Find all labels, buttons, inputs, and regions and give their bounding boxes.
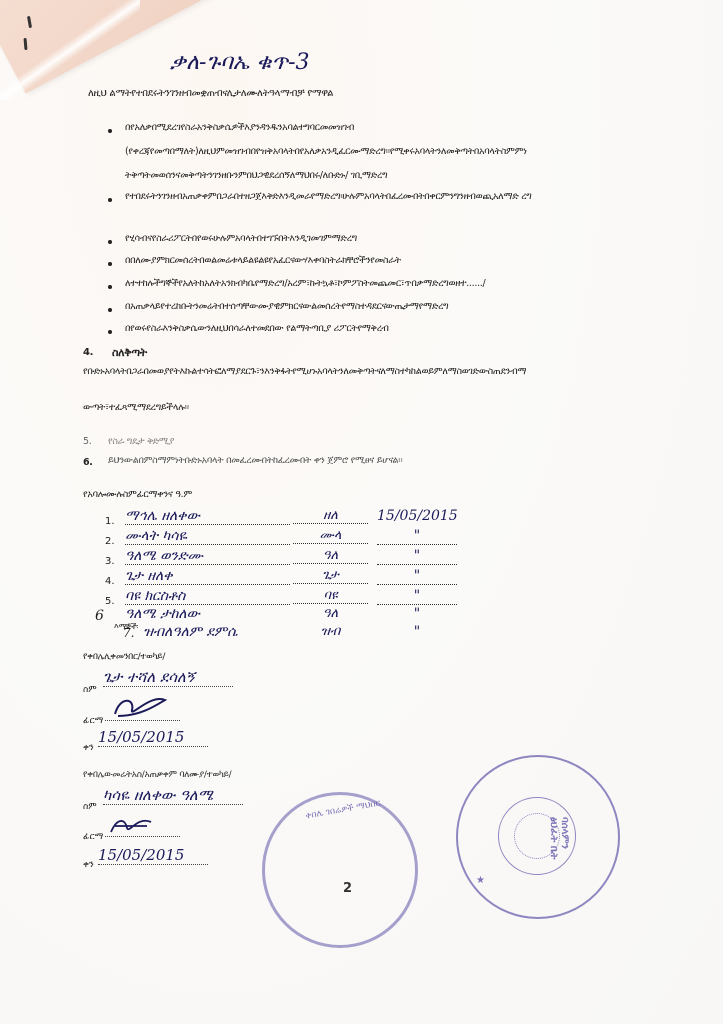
signatory-row: 3. ዓለሜ ወንድሙ ዓለ " [105, 548, 505, 570]
signatory-name: ዓለሜ ወንድሙ [125, 548, 290, 565]
signatory-name: ሙላት ካሳዬ [125, 528, 290, 545]
bullet-text-continued: (የቀረጃየመጣበማለት)ለዚህምመዝገብበየዝቅአባላትበየአለቃአንዲፈርሙ… [125, 146, 527, 157]
signatory-signature: ሙላ [293, 528, 368, 544]
signatory-number: 3. [105, 556, 115, 567]
kebele-chair-label: የቀበሌሊቀመንበር/ተወካይ/ [83, 652, 165, 662]
office-expert-label: የቀበሌውመሬትአስ/አጠቃቀም ባለሙያ/ተወካይ/ [83, 770, 231, 780]
signatory-number: 4. [105, 576, 115, 587]
round-stamp-office: ባሰላምን ፅህፈት ቤት ★ [456, 755, 620, 919]
signatory-signature: ዓለ [293, 548, 368, 564]
section-6-number: 6. [83, 457, 93, 468]
signatory-date: 15/05/2015 [377, 508, 457, 524]
signatory-date: " [377, 568, 457, 585]
signatory-date: " [377, 528, 457, 545]
section-4-body-continued: ውጣት፣ተፈጻሚማደረግይችላሉ። [83, 402, 189, 413]
signatory-name: ማኅሌ ዘለቀው [125, 508, 290, 525]
signatory-signature: ዝብ [293, 624, 368, 639]
office-name-label: ስም [83, 802, 97, 812]
section-6-text: ይህንውልበምስማምነትቡድኑአባላት በመፈረሙበትከፈረሙበት ቀን ጀምሮ… [108, 455, 402, 466]
bullet-text: በየአለቃበሚደረገየስራአንቅስቃሴዎችእያንዳንዱንአባልተግባርመመዝገብ [125, 122, 354, 133]
kebele-date-label: ቀን [83, 743, 94, 753]
signatory-name: ባዩ ክርስቶስ [125, 588, 290, 605]
bullet-dot [108, 308, 112, 312]
office-date-value: 15/05/2015 [98, 846, 208, 865]
bullet-text: ለተተከሉችግኞችየአለትከአለትአንክብካቤየማድረግ/አረም፣ኩትኳቶ፣ኮም… [125, 278, 485, 289]
office-signature-value [105, 818, 180, 837]
signature-scribble-icon [110, 694, 170, 720]
section-4-body: የቡድኑአባላትበጋራበመወያየትእኩልተሳትፎለማያደርጉ፣ንእንቅፋትየሚሆ… [83, 366, 526, 377]
kebele-date-value: 15/05/2015 [98, 728, 208, 747]
signatory-signature: ዓለ [293, 606, 368, 621]
bullet-dot [108, 240, 112, 244]
signatory-row: 2. ሙላት ካሳዬ ሙላ " [105, 528, 505, 550]
bullet-dot [108, 285, 112, 289]
signature-scribble-icon [107, 814, 157, 836]
bullet-dot [108, 129, 112, 133]
bullet-text: በየወሩየስራእንቅስቃሴውንለዚህበሳራለተመደበው የልማትጣቢያ ሪፖርት… [125, 323, 389, 334]
signatories-label: የአባሎሙሉስምፊርማቀንና ዓ.ም [83, 489, 192, 500]
intro-line: ለዚህ ልማትየተበደሩትንገንዘብመቋጠብናሊታለሙለትዓላማብቻ የማዋል [88, 88, 333, 99]
signatory-number: 1. [105, 516, 115, 527]
signatory-date: " [377, 624, 457, 640]
signatory-date: " [377, 606, 457, 622]
stamp-text: ቀበሌ ገበሬዎች ማህበር [305, 798, 382, 821]
bullet-dot [108, 198, 112, 202]
section-4-title: ስለቅጣት [112, 346, 147, 360]
paper-edge-highlight [0, 0, 140, 100]
signatory-number: 2. [105, 536, 115, 547]
bullet-text: በአጠቃላይየተረከቡትንመሬትበተሰጣቸውሙያዊምክርናውልመሰረትየማስተዳ… [125, 301, 448, 312]
stamp-star-icon: ★ [476, 875, 485, 886]
round-stamp-kebele: ቀበሌ ገበሬዎች ማህበር 2 [262, 792, 418, 948]
signatory-number: 7. [123, 626, 134, 640]
handwritten-heading: ቃለ-ጉባኤ ቁጥ-3 [170, 50, 310, 75]
signatory-name: ጌታ ዘለቀ [125, 568, 290, 585]
signatory-name: ዓለሜ ታከለው [125, 606, 290, 622]
signatory-date: " [377, 548, 457, 565]
stamp-number: 2 [343, 881, 352, 896]
bullet-text: በበለሙያምክርመሰረትበወልመሬቱላይልዩልዩየአፈርናውሃእቀባስትራክቸሮ… [125, 255, 401, 266]
bullet-text: የሂሳብናየስራሪፖርትበየወሩሁሉምአባላትበተገኙበትእንዲገመገምማድረግ [125, 233, 357, 244]
kebele-name-label: ስም [83, 685, 97, 695]
signatory-signature: ባዩ [293, 588, 368, 604]
signatory-date: " [377, 588, 457, 605]
office-name-value: ካሳዬ ዘለቀው ዓለሜ [103, 786, 243, 805]
signatory-row: 4. ጌታ ዘለቀ ጌታ " [105, 568, 505, 590]
office-date-label: ቀን [83, 860, 94, 870]
kebele-name-value: ጌታ ተሻለ ደሳለኝ [103, 668, 233, 687]
scanned-document-page: ቃለ-ጉባኤ ቁጥ-3 ለዚህ ልማትየተበደሩትንገንዘብመቋጠብናሊታለሙለ… [0, 0, 723, 1024]
stamp-text: ባሰላምን ፅህፈት ቤት [548, 817, 570, 865]
signatory-row: 1. ማኅሌ ዘለቀው ዘለ 15/05/2015 [105, 508, 505, 530]
kebele-signature-value [105, 700, 180, 721]
bullet-dot [108, 330, 112, 334]
signatory-signature: ጌታ [293, 568, 368, 584]
signatory-signature: ዘለ [293, 508, 368, 524]
office-signature-label: ፊርማ [83, 832, 103, 842]
signatory-number: 6 [95, 608, 104, 624]
kebele-signature-label: ፊርማ [83, 716, 103, 726]
signatory-row: 7. ዝብለዓለም ደምሴ ዝብ " [105, 624, 505, 646]
section-4-number: 4. [83, 347, 93, 358]
bullet-text: የተበደሩትንገንዘብአጠቃቀምበጋራበተዘጋጀእቅድእንዲመራየማድረግ፡ሁሉ… [125, 191, 531, 202]
section-5-number: 5. [83, 436, 91, 447]
section-5-title: የስራ ግዴታ ቅድሚያ [108, 436, 174, 447]
signatory-name: ዝብለዓለም ደምሴ [143, 624, 308, 640]
bullet-dot [108, 262, 112, 266]
bullet-text-continued: ትቅጣትመወሰንናመቅጣትንገንዘቡንምበህጋዊደረሰኝለማህበሩ/ለቡድኑ/ … [125, 170, 387, 181]
